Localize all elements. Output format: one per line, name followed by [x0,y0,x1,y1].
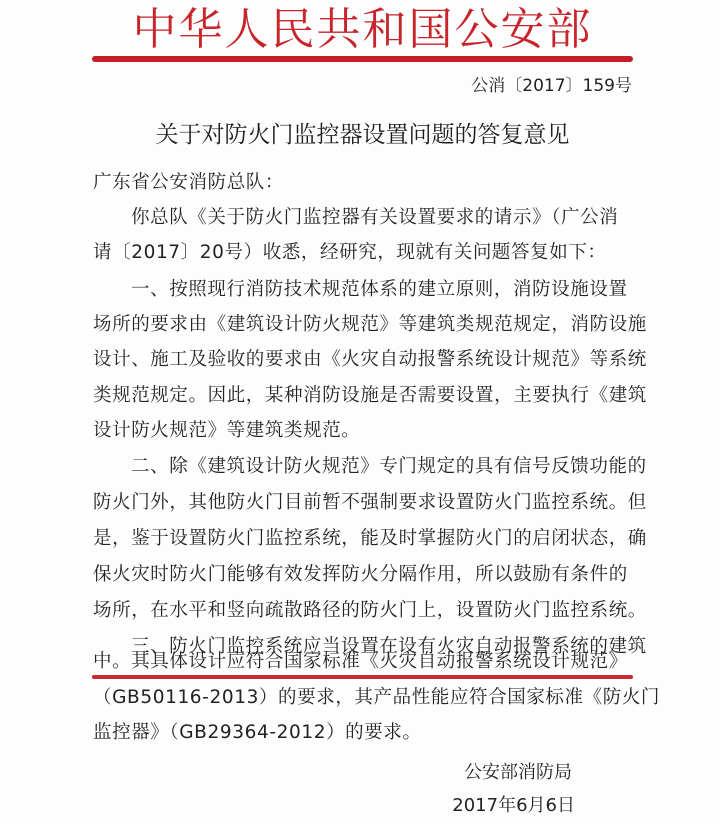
section2-line-4: 保火灾时防火门能够有效发挥防火分隔作用，所以鼓励有条件的 [93,563,634,587]
section1-line-4: 类规范规定。因此，某种消防设施是否需要设置，主要执行《建筑 [93,384,634,408]
document-page: 中华人民共和国公安部 公消〔2017〕159号 关于对防火门监控器设置问题的答复… [0,0,720,822]
section2-line-3: 是，鉴于设置防火门监控系统，能及时掌握防火门的启闭状态，确 [93,527,634,551]
signature-issuer: 公安部消防局 [464,761,572,785]
masthead-title: 中华人民共和国公安部 [92,4,633,56]
section2-line-1: 二、除《建筑设计防火规范》专门规定的具有信号反馈功能的 [131,455,634,479]
section3-line-2-highlighted: 中。其具体设计应符合国家标准《火灾自动报警系统设计规范》 [93,650,634,674]
masthead-red-rule [92,56,633,62]
intro-line-1: 你总队《关于防火门监控器有关设置要求的请示》（广公消 [131,206,634,230]
section1-line-1: 一、按照现行消防技术规范体系的建立原则，消防设施设置 [131,278,634,302]
section2-line-2: 防火门外，其他防火门目前暂不强制要求设置防火门监控系统。但 [93,491,634,515]
document-number: 公消〔2017〕159号 [471,74,632,98]
section3-line-3: （GB50116-2013）的要求，其产品性能应符合国家标准《防火门 [93,686,634,710]
intro-line-2: 请〔2017〕20号）收悉，经研究，现就有关问题答复如下： [93,241,634,265]
section1-line-2: 场所的要求由《建筑设计防火规范》等建筑类规范规定，消防设施 [93,313,634,337]
red-underline-annotation [92,675,633,679]
document-title: 关于对防火门监控器设置问题的答复意见 [92,120,633,150]
section3-line-4: 监控器》（GB29364-2012）的要求。 [93,721,634,745]
section1-line-5: 设计防火规范》等建筑类规范。 [93,419,634,443]
signature-date: 2017年6月6日 [452,794,575,818]
section1-line-3: 设计、施工及验收的要求由《火灾自动报警系统设计规范》等系统 [93,348,634,372]
section2-line-5: 场所，在水平和竖向疏散路径的防火门上，设置防火门监控系统。 [93,599,634,623]
salutation: 广东省公安消防总队： [93,171,634,195]
